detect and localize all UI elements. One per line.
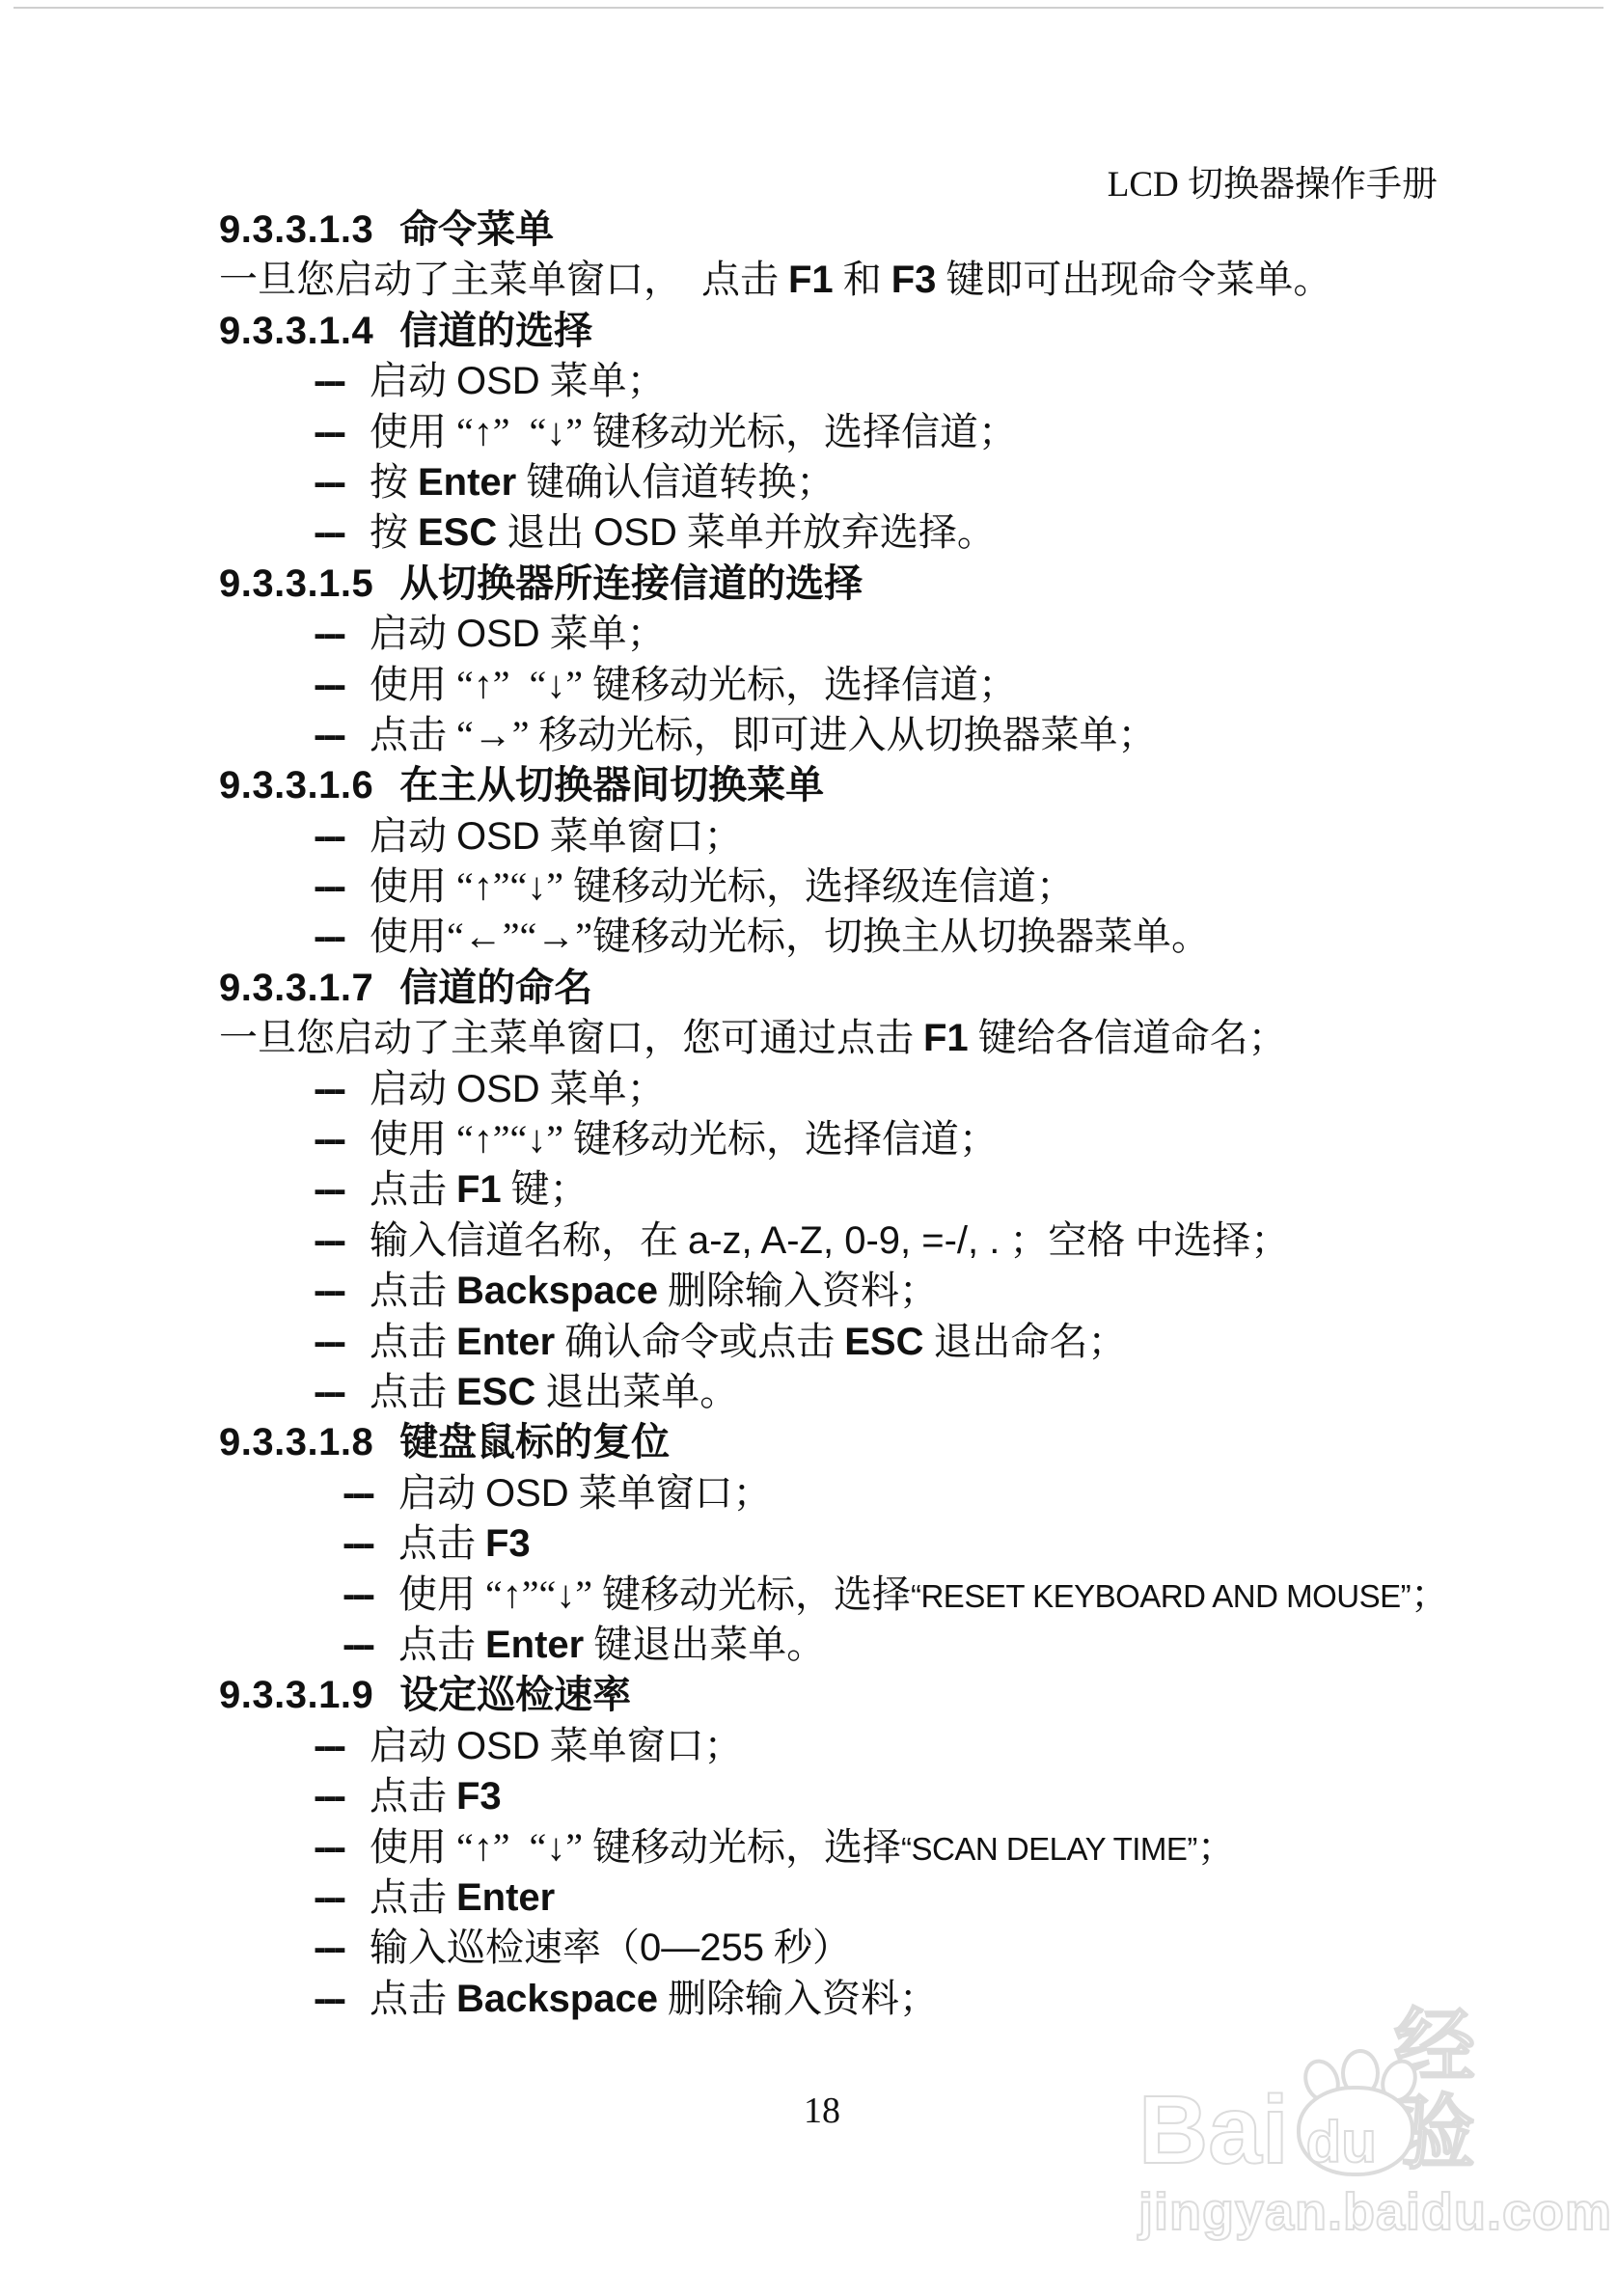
text-segment: 使用 “↑” “↓” 键移动光标，选择信道； bbox=[370, 663, 1017, 706]
bullet-dash: --- bbox=[314, 511, 343, 554]
text-segment: OSD bbox=[485, 1472, 569, 1515]
paw-print-icon: du bbox=[1291, 2055, 1392, 2176]
bullet-dash: --- bbox=[314, 815, 343, 858]
bullet-dash: --- bbox=[314, 1168, 343, 1211]
bullet-line: ---输入信道名称，在 a-z, A-Z, 0-9, =-/, . ；空格 中选… bbox=[219, 1216, 1435, 1266]
text-segment: 使用 “↑” “↓” 键移动光标，选择 bbox=[370, 1825, 901, 1869]
section-number: 9.3.3.1.3 bbox=[219, 208, 373, 251]
text-segment: Backspace bbox=[456, 1978, 658, 2020]
text-segment: F1 bbox=[788, 259, 834, 301]
text-segment: 启动 bbox=[370, 1724, 456, 1767]
bullet-dash: --- bbox=[314, 1219, 343, 1262]
text-segment: 退出 bbox=[497, 510, 593, 554]
section-title: 键盘鼠标的复位 bbox=[399, 1420, 670, 1463]
bullet-line: ---点击 Backspace 删除输入资料； bbox=[219, 1974, 1435, 2024]
bullet-dash: --- bbox=[314, 613, 343, 655]
section-title: 从切换器所连接信道的选择 bbox=[399, 561, 863, 605]
section-number: 9.3.3.1.8 bbox=[219, 1421, 373, 1463]
bullet-line: ---点击 Enter 确认命令或点击 ESC 退出命名； bbox=[219, 1317, 1435, 1367]
text-segment: F3 bbox=[891, 259, 937, 301]
bullet-line: ---按 Enter 键确认信道转换； bbox=[219, 457, 1435, 507]
text-segment: 菜单并放弃选择。 bbox=[677, 510, 996, 554]
document-lines: 9.3.3.1.3命令菜单一旦您启动了主菜单窗口， 点击 F1 和 F3 键即可… bbox=[219, 205, 1435, 2024]
bullet-line: ---启动 OSD 菜单窗口； bbox=[219, 811, 1435, 861]
bullet-line: ---点击 “→” 移动光标，即可进入从切换器菜单； bbox=[219, 710, 1435, 760]
bullet-dash: --- bbox=[343, 1573, 372, 1616]
scan-artifact-line bbox=[14, 7, 1603, 9]
watermark-brand-du: du bbox=[1306, 2111, 1377, 2174]
bullet-dash: --- bbox=[314, 1118, 343, 1161]
text-segment: 点击 bbox=[370, 1774, 456, 1818]
bullet-line: ---使用 “↑”“↓” 键移动光标，选择级连信道； bbox=[219, 861, 1435, 912]
text-segment: 0—255 bbox=[640, 1927, 764, 1969]
section-title: 命令菜单 bbox=[399, 207, 554, 251]
bullet-dash: --- bbox=[314, 865, 343, 908]
text-segment: 菜单窗口； bbox=[540, 1724, 743, 1767]
section-heading: 9.3.3.1.3命令菜单 bbox=[219, 205, 1435, 255]
text-segment: 启动 bbox=[398, 1471, 485, 1515]
bullet-dash: --- bbox=[314, 1270, 343, 1312]
text-segment: OSD bbox=[456, 1725, 540, 1767]
text-segment: 点击 bbox=[370, 1167, 456, 1211]
text-segment: 使用 “↑”“↓” 键移动光标，选择信道； bbox=[370, 1117, 998, 1161]
text-segment: ESC bbox=[418, 511, 497, 554]
bullet-line: ---输入巡检速率（0—255 秒） bbox=[219, 1923, 1435, 1973]
section-heading: 9.3.3.1.5从切换器所连接信道的选择 bbox=[219, 559, 1435, 609]
section-number: 9.3.3.1.6 bbox=[219, 764, 373, 806]
bullet-line: ---点击 Enter bbox=[219, 1872, 1435, 1923]
section-number: 9.3.3.1.5 bbox=[219, 562, 373, 605]
section-title: 设定巡检速率 bbox=[399, 1673, 631, 1716]
section-heading: 9.3.3.1.6在主从切换器间切换菜单 bbox=[219, 760, 1435, 810]
bullet-line: ---启动 OSD 菜单； bbox=[219, 609, 1435, 659]
bullet-line: ---使用 “↑”“↓” 键移动光标，选择信道； bbox=[219, 1114, 1435, 1164]
text-segment: 使用 “↑”“↓” 键移动光标，选择 bbox=[398, 1572, 911, 1616]
text-segment: 输入巡检速率（ bbox=[370, 1926, 640, 1969]
bullet-dash: --- bbox=[314, 1826, 343, 1869]
text-segment: ESC bbox=[844, 1321, 923, 1363]
paragraph-line: 一旦您启动了主菜单窗口， 点击 F1 和 F3 键即可出现命令菜单。 bbox=[219, 255, 1435, 305]
text-segment: 键即可出现命令菜单。 bbox=[936, 258, 1331, 301]
text-segment: 删除输入资料； bbox=[658, 1269, 938, 1312]
text-segment: 退出命名； bbox=[923, 1320, 1126, 1363]
text-segment: 启动 bbox=[370, 612, 456, 655]
text-segment: F1 bbox=[456, 1168, 502, 1211]
bullet-dash: --- bbox=[314, 714, 343, 756]
text-segment: Enter bbox=[418, 461, 516, 504]
bullet-dash: --- bbox=[343, 1624, 372, 1666]
text-segment: OSD bbox=[456, 613, 540, 655]
text-segment: 菜单； bbox=[540, 1067, 666, 1110]
text-segment: ； bbox=[1411, 1572, 1449, 1616]
section-heading: 9.3.3.1.9设定巡检速率 bbox=[219, 1670, 1435, 1720]
bullet-dash: --- bbox=[314, 1978, 343, 2020]
baidu-jingyan-watermark: Bai du 经验 jingyan.baidu.com bbox=[1138, 2063, 1524, 2240]
bullet-line: ---点击 Backspace 删除输入资料； bbox=[219, 1266, 1435, 1316]
bullet-dash: --- bbox=[314, 411, 343, 453]
bullet-dash: --- bbox=[314, 1068, 343, 1110]
bullet-line: ---使用 “↑” “↓” 键移动光标，选择信道； bbox=[219, 660, 1435, 710]
text-segment: 按 bbox=[370, 460, 418, 504]
section-number: 9.3.3.1.7 bbox=[219, 967, 373, 1009]
section-heading: 9.3.3.1.8键盘鼠标的复位 bbox=[219, 1417, 1435, 1467]
bullet-dash: --- bbox=[314, 916, 343, 958]
bullet-dash: --- bbox=[314, 360, 343, 402]
text-segment: 键退出菜单。 bbox=[584, 1623, 825, 1666]
text-segment: 点击 bbox=[370, 1370, 456, 1413]
text-segment: F3 bbox=[485, 1522, 531, 1565]
bullet-line: ---点击 ESC 退出菜单。 bbox=[219, 1367, 1435, 1417]
bullet-dash: --- bbox=[314, 1371, 343, 1413]
watermark-logo-row: Bai du 经验 bbox=[1138, 2063, 1524, 2176]
bullet-line: ---启动 OSD 菜单窗口； bbox=[219, 1721, 1435, 1771]
text-segment: F1 bbox=[923, 1017, 969, 1059]
text-segment: 菜单； bbox=[540, 612, 666, 655]
bullet-dash: --- bbox=[343, 1472, 372, 1515]
bullet-line: ---按 ESC 退出 OSD 菜单并放弃选择。 bbox=[219, 507, 1435, 558]
text-segment: 确认命令或点击 bbox=[555, 1320, 844, 1363]
text-segment: 键； bbox=[502, 1167, 589, 1211]
text-segment: 启动 bbox=[370, 359, 456, 402]
text-segment: Enter bbox=[485, 1624, 584, 1666]
bullet-line: ---使用“←”“→”键移动光标，切换主从切换器菜单。 bbox=[219, 912, 1435, 962]
text-segment: 键给各信道命名； bbox=[969, 1016, 1287, 1059]
bullet-line: ---使用 “↑” “↓” 键移动光标，选择“SCAN DELAY TIME”； bbox=[219, 1822, 1435, 1872]
text-segment: OSD bbox=[456, 1068, 540, 1110]
text-segment: 点击 bbox=[398, 1521, 485, 1565]
bullet-dash: --- bbox=[314, 1876, 343, 1919]
text-segment: Backspace bbox=[456, 1270, 658, 1312]
bullet-line: ---点击 F3 bbox=[219, 1518, 1435, 1569]
page-header-title: LCD 切换器操作手册 bbox=[1108, 164, 1438, 206]
bullet-dash: --- bbox=[314, 1775, 343, 1818]
text-segment: 菜单窗口； bbox=[540, 814, 743, 858]
bullet-line: ---启动 OSD 菜单窗口； bbox=[219, 1468, 1435, 1518]
bullet-line: ---点击 F3 bbox=[219, 1771, 1435, 1821]
watermark-url: jingyan.baidu.com bbox=[1138, 2184, 1524, 2240]
bullet-line: ---启动 OSD 菜单； bbox=[219, 356, 1435, 406]
text-segment: 菜单； bbox=[540, 359, 666, 402]
text-segment: 点击 bbox=[398, 1623, 485, 1666]
bullet-dash: --- bbox=[314, 664, 343, 706]
text-segment: 点击 bbox=[370, 1875, 456, 1919]
text-segment: ； bbox=[1197, 1825, 1236, 1869]
text-segment: OSD bbox=[456, 360, 540, 402]
text-segment: 使用 “↑”“↓” 键移动光标，选择级连信道； bbox=[370, 864, 1075, 908]
bullet-dash: --- bbox=[314, 1725, 343, 1767]
section-heading: 9.3.3.1.4信道的选择 bbox=[219, 306, 1435, 356]
text-segment: ESC bbox=[456, 1371, 535, 1413]
text-segment: 退出菜单。 bbox=[535, 1370, 738, 1413]
bullet-line: ---点击 Enter 键退出菜单。 bbox=[219, 1620, 1435, 1670]
bullet-line: ---使用 “↑”“↓” 键移动光标，选择“RESET KEYBOARD AND… bbox=[219, 1570, 1435, 1620]
text-segment: 点击 bbox=[370, 1269, 456, 1312]
text-segment: ；空格 中选择； bbox=[1000, 1218, 1289, 1262]
section-number: 9.3.3.1.4 bbox=[219, 310, 373, 352]
bullet-line: ---启动 OSD 菜单； bbox=[219, 1064, 1435, 1114]
bullet-dash: --- bbox=[314, 1927, 343, 1969]
text-segment: a-z, A-Z, 0-9, =-/, . bbox=[688, 1219, 1000, 1262]
text-segment: OSD bbox=[593, 511, 677, 554]
text-segment: 菜单窗口； bbox=[569, 1471, 772, 1515]
text-segment: 点击 “→” 移动光标，即可进入从切换器菜单； bbox=[370, 713, 1157, 756]
text-segment: 使用 “↑” “↓” 键移动光标，选择信道； bbox=[370, 410, 1017, 453]
bullet-dash: --- bbox=[314, 461, 343, 504]
text-segment: 删除输入资料； bbox=[658, 1977, 938, 2020]
text-segment: 使用“←”“→”键移动光标，切换主从切换器菜单。 bbox=[370, 915, 1210, 958]
text-segment: Enter bbox=[456, 1876, 555, 1919]
text-segment: 点击 bbox=[370, 1320, 456, 1363]
text-segment: 输入信道名称，在 bbox=[370, 1218, 688, 1262]
bullet-line: ---点击 F1 键； bbox=[219, 1164, 1435, 1215]
section-title: 信道的命名 bbox=[399, 966, 592, 1009]
text-segment: “RESET KEYBOARD AND MOUSE” bbox=[911, 1578, 1411, 1614]
text-segment: F3 bbox=[456, 1775, 502, 1818]
section-title: 在主从切换器间切换菜单 bbox=[399, 763, 824, 806]
text-segment: “SCAN DELAY TIME” bbox=[901, 1831, 1197, 1867]
text-segment: Enter bbox=[456, 1321, 555, 1363]
text-segment: 点击 bbox=[370, 1977, 456, 2020]
text-segment: OSD bbox=[456, 815, 540, 858]
section-number: 9.3.3.1.9 bbox=[219, 1674, 373, 1716]
text-segment: 一旦您启动了主菜单窗口， 点击 bbox=[219, 258, 788, 301]
text-segment: 键确认信道转换； bbox=[516, 460, 835, 504]
text-segment: 一旦您启动了主菜单窗口，您可通过点击 bbox=[219, 1016, 923, 1059]
paragraph-line: 一旦您启动了主菜单窗口，您可通过点击 F1 键给各信道命名； bbox=[219, 1013, 1435, 1063]
text-segment: 按 bbox=[370, 510, 418, 554]
text-segment: 秒） bbox=[764, 1926, 851, 1969]
watermark-brand-bai: Bai bbox=[1138, 2084, 1289, 2176]
section-heading: 9.3.3.1.7信道的命名 bbox=[219, 963, 1435, 1013]
text-segment: 启动 bbox=[370, 1067, 456, 1110]
section-title: 信道的选择 bbox=[399, 309, 592, 352]
text-segment: 启动 bbox=[370, 814, 456, 858]
text-segment: 和 bbox=[834, 258, 891, 301]
bullet-dash: --- bbox=[343, 1522, 372, 1565]
bullet-dash: --- bbox=[314, 1321, 343, 1363]
bullet-line: ---使用 “↑” “↓” 键移动光标，选择信道； bbox=[219, 407, 1435, 457]
